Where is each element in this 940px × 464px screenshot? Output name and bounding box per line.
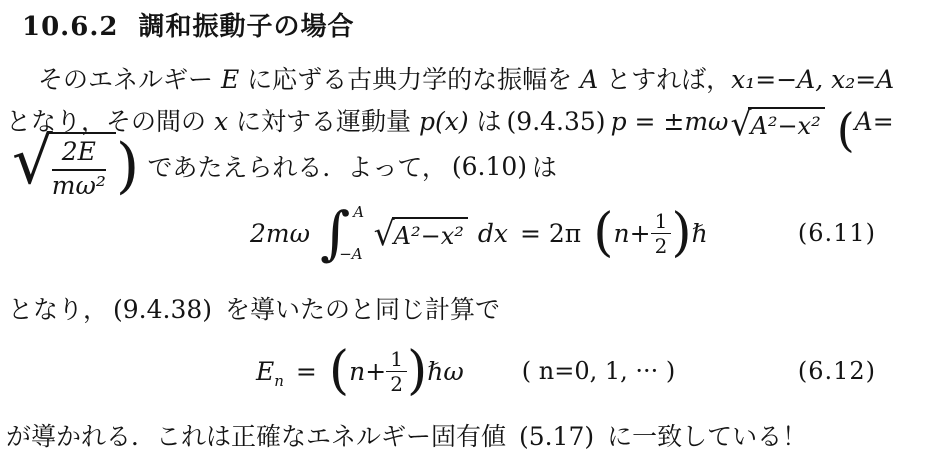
- close-paren: ): [116, 136, 139, 196]
- math-x1-x2: x₁=−A, x₂=A: [731, 65, 894, 94]
- eq611-lhs: 2mω: [250, 219, 310, 248]
- differential-dx: dx: [478, 219, 508, 248]
- fraction-numerator: 1: [386, 348, 407, 372]
- section-number: 10.6.2: [22, 12, 118, 42]
- math-var-E: E: [256, 357, 274, 386]
- n-plus: n+: [614, 219, 651, 248]
- fraction-2E-m-omega2: 2E mω²: [52, 138, 106, 201]
- paragraph-1-line-1: そのエネルギー E に応ずる古典力学的な振幅を A とすれば，x₁=−A, x₂…: [38, 60, 894, 96]
- section-heading: 10.6.2調和振動子の場合: [22, 6, 354, 43]
- equation-ref-6-10: (6.10): [452, 152, 527, 181]
- hbar-symbol: ℏ: [692, 219, 708, 248]
- integral-sign: ∫ A −A: [320, 203, 368, 263]
- math-var-E: E: [221, 65, 239, 94]
- fraction-denominator: 2: [386, 372, 407, 395]
- text-run: を導いたのと同じ計算で: [217, 295, 500, 324]
- sqrt-A2-minus-x2: √A²−x²: [730, 107, 824, 140]
- textbook-page: 10.6.2調和振動子の場合 そのエネルギー E に応ずる古典力学的な振幅を A…: [0, 0, 940, 464]
- math-p-equals: p = ±mω: [611, 107, 729, 136]
- fraction-one-half: 1 2: [651, 210, 672, 257]
- section-title: 調和振動子の場合: [138, 12, 354, 42]
- text-run: であたえられる．よって，: [147, 148, 447, 184]
- paragraph-3: が導かれる．これは正確なエネルギー固有値 (5.17) に一致している！: [6, 417, 807, 453]
- text-run: に一致している！: [599, 422, 807, 451]
- quantum-number-condition: ( n=0, 1, ··· ): [522, 357, 676, 385]
- equation-ref-5-17: (5.17): [519, 422, 594, 451]
- paragraph-2: となり，(9.4.38) を導いたのと同じ計算で: [8, 290, 500, 326]
- equation-6-12: En = ( n+ 1 2 ) ℏω ( n=0, 1, ··· ) (6.12…: [0, 336, 940, 406]
- subscript-n: n: [274, 372, 284, 390]
- fraction-denominator: 2: [651, 234, 672, 257]
- fraction-one-half: 1 2: [386, 348, 407, 395]
- equation-ref-9-4-38: (9.4.38): [113, 295, 212, 324]
- equation-number-6-12: (6.12): [798, 357, 876, 385]
- hbar-omega: ℏω: [427, 357, 464, 386]
- paragraph-1-line-3: √ 2E mω² ) であたえられる．よって， (6.10) は: [12, 132, 557, 200]
- fraction-numerator: 2E: [52, 138, 106, 171]
- text-run: とすれば，: [598, 65, 731, 94]
- sqrt-argument: 2E mω²: [48, 132, 116, 201]
- n-plus: n+: [349, 357, 386, 386]
- equation-6-11: 2mω ∫ A −A √A²−x² dx = 2π ( n+ 1 2 ) ℏ (…: [0, 196, 940, 270]
- integral-upper-limit: A: [353, 203, 376, 221]
- text-run: が導かれる．これは正確なエネルギー固有値: [6, 422, 514, 451]
- open-paren: (: [837, 103, 855, 157]
- open-paren: (: [593, 207, 613, 259]
- math-var-A: A: [580, 65, 598, 94]
- radical-icon: √: [12, 132, 53, 201]
- equals-sign: =: [296, 357, 317, 386]
- integral-limits: A −A: [344, 203, 367, 263]
- text-run: となり，: [8, 295, 108, 324]
- equals-2pi: = 2π: [520, 219, 581, 248]
- sqrt-argument: A²−x²: [748, 107, 824, 140]
- text-run: は: [532, 148, 557, 184]
- sqrt-argument: A²−x²: [392, 217, 468, 250]
- text-run: に応ずる古典力学的な振幅を: [239, 65, 580, 94]
- close-paren: ): [671, 207, 691, 259]
- sqrt-A2-minus-x2: √A²−x²: [374, 217, 468, 250]
- close-paren: ): [407, 345, 427, 397]
- open-paren: (: [329, 345, 349, 397]
- fraction-numerator: 1: [651, 210, 672, 234]
- sqrt-2E-over-m-omega2: √ 2E mω²: [12, 132, 116, 201]
- energy-E-n: En: [256, 357, 284, 386]
- text-run: そのエネルギー: [38, 65, 221, 94]
- equation-number-6-11: (6.11): [798, 219, 876, 247]
- math-A-equals: A=: [855, 107, 894, 136]
- integral-lower-limit: −A: [339, 245, 362, 263]
